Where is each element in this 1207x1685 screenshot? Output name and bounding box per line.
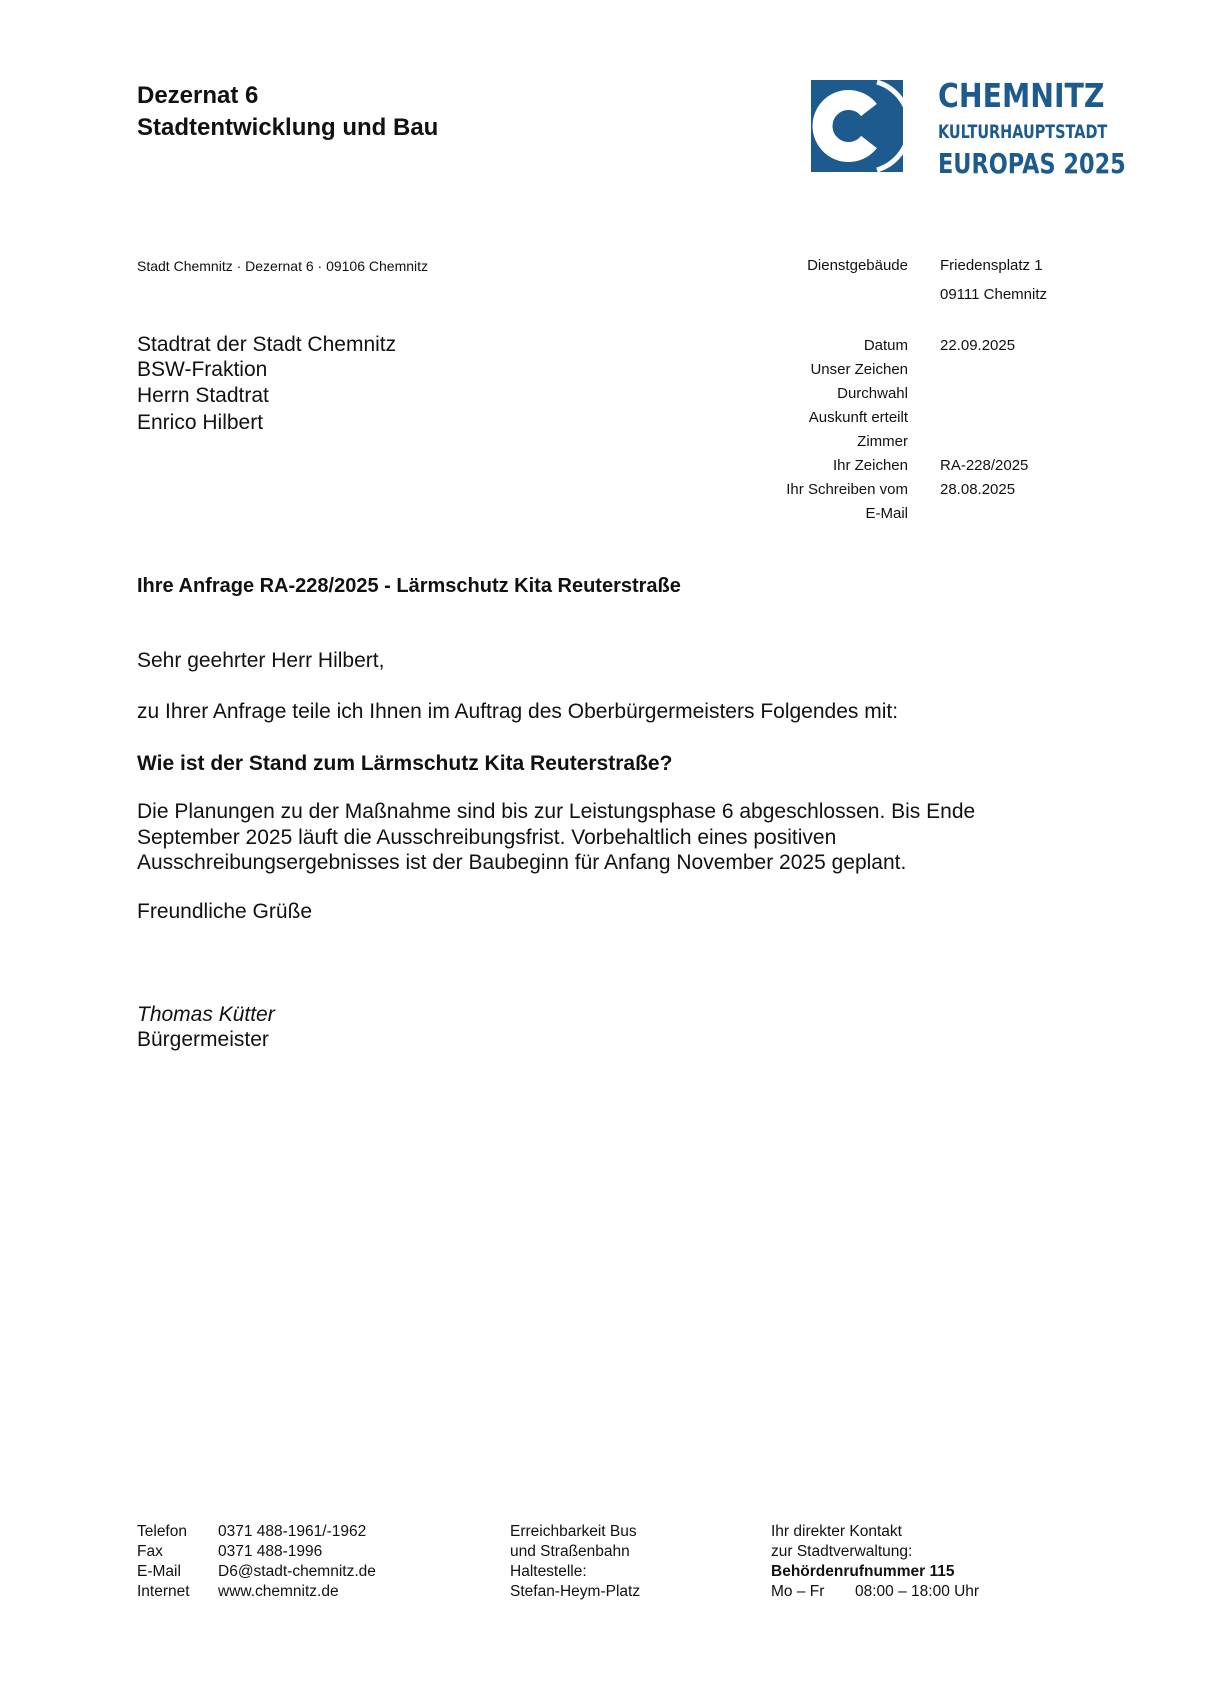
transit-stop: Stefan-Heym-Platz xyxy=(510,1582,640,1602)
answer-paragraph: Die Planungen zu der Maßnahme sind bis z… xyxy=(137,799,1087,876)
logo-europas-2025: EUROPAS 2025 xyxy=(938,147,1126,180)
info-label-zimmer: Zimmer xyxy=(857,433,908,450)
footer-label: Telefon xyxy=(137,1522,218,1542)
info-label-auskunft: Auskunft erteilt xyxy=(809,409,908,426)
logo-chemnitz: CHEMNITZ xyxy=(938,76,1104,115)
letter-subject: Ihre Anfrage RA-228/2025 - Lärmschutz Ki… xyxy=(137,575,681,598)
info-label-email: E-Mail xyxy=(865,505,908,522)
transit-line: Erreichbarkeit Bus xyxy=(510,1522,640,1542)
info-label-ihr-zeichen: Ihr Zeichen xyxy=(833,457,908,474)
office-city: 09111 Chemnitz xyxy=(940,286,1047,303)
info-value-ihr-zeichen: RA-228/2025 xyxy=(940,457,1028,474)
opening-days: Mo – Fr xyxy=(771,1582,855,1602)
closing: Freundliche Grüße xyxy=(137,900,312,924)
transit-line: und Straßenbahn xyxy=(510,1542,640,1562)
direct-contact-line: zur Stadtverwaltung: xyxy=(771,1542,979,1562)
question-heading: Wie ist der Stand zum Lärmschutz Kita Re… xyxy=(137,752,672,776)
info-label-datum: Datum xyxy=(864,337,908,354)
footer-fax: 0371 488-1996 xyxy=(218,1543,322,1560)
footer-phone: 0371 488-1961/-1962 xyxy=(218,1523,366,1540)
signature-name: Thomas Kütter xyxy=(137,1003,275,1027)
footer-email-link[interactable]: D6@stadt-chemnitz.de xyxy=(218,1563,376,1580)
info-label-unser-zeichen: Unser Zeichen xyxy=(810,361,908,378)
opening-hours: 08:00 – 18:00 Uhr xyxy=(855,1583,979,1600)
footer-label: Internet xyxy=(137,1582,218,1602)
recipient-line: Stadtrat der Stadt Chemnitz xyxy=(137,333,396,357)
logo-kulturhauptstadt: KULTURHAUPTSTADT xyxy=(938,121,1107,143)
answer-line: September 2025 läuft die Ausschreibungsf… xyxy=(137,825,1087,851)
footer-direct-contact: Ihr direkter Kontakt zur Stadtverwaltung… xyxy=(771,1522,979,1602)
info-value-datum: 22.09.2025 xyxy=(940,337,1015,354)
footer-transit: Erreichbarkeit Bus und Straßenbahn Halte… xyxy=(510,1522,640,1602)
footer-label: Fax xyxy=(137,1542,218,1562)
office-street: Friedensplatz 1 xyxy=(940,257,1043,274)
answer-line: Die Planungen zu der Maßnahme sind bis z… xyxy=(137,799,1087,825)
answer-line: Ausschreibungsergebnisses ist der Baubeg… xyxy=(137,850,1087,876)
direct-contact-line: Ihr direkter Kontakt xyxy=(771,1522,979,1542)
recipient-line: Herrn Stadtrat xyxy=(137,384,269,408)
info-label-ihr-schreiben: Ihr Schreiben vom xyxy=(786,481,908,498)
department-number: Dezernat 6 xyxy=(137,82,258,110)
footer-contact: Telefon0371 488-1961/-1962 Fax0371 488-1… xyxy=(137,1522,376,1602)
footer-website-link[interactable]: www.chemnitz.de xyxy=(218,1583,339,1600)
hotline-number: Behördenrufnummer 115 xyxy=(771,1562,979,1582)
signature-title: Bürgermeister xyxy=(137,1028,269,1052)
salutation: Sehr geehrter Herr Hilbert, xyxy=(137,649,384,673)
office-label: Dienstgebäude xyxy=(807,257,908,274)
intro-text: zu Ihrer Anfrage teile ich Ihnen im Auft… xyxy=(137,700,898,724)
chemnitz-c-logo-icon xyxy=(811,80,903,172)
info-label-durchwahl: Durchwahl xyxy=(837,385,908,402)
department-name: Stadtentwicklung und Bau xyxy=(137,114,438,142)
recipient-line: BSW-Fraktion xyxy=(137,358,267,382)
recipient-line: Enrico Hilbert xyxy=(137,411,263,435)
sender-return-address: Stadt Chemnitz · Dezernat 6 · 09106 Chem… xyxy=(137,258,428,274)
footer-label: E-Mail xyxy=(137,1562,218,1582)
info-value-ihr-schreiben: 28.08.2025 xyxy=(940,481,1015,498)
transit-line: Haltestelle: xyxy=(510,1562,640,1582)
